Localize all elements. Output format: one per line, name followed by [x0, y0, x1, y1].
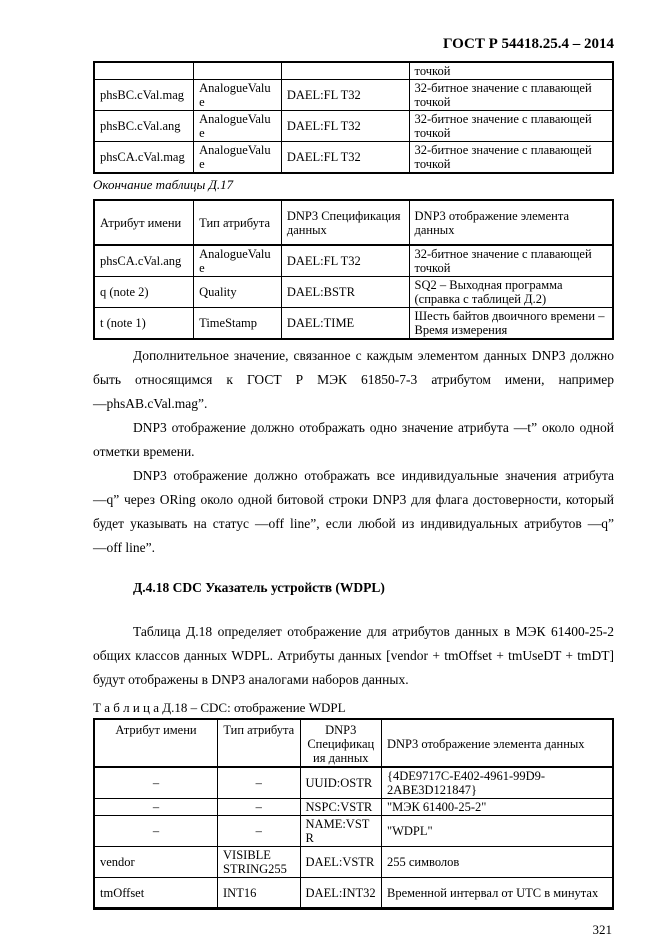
table-cell: NAME:VSTR — [300, 816, 381, 847]
table-row: q (note 2)QualityDAEL:BSTRSQ2 – Выходная… — [94, 277, 613, 308]
paragraph-table-d18-intro: Таблица Д.18 определяет отображение для … — [93, 620, 614, 692]
table-header-row: Атрибут имениТип атрибутаDNP3 Спецификац… — [94, 719, 613, 767]
page-content: ГОСТ Р 54418.25.4 – 2014 точкойphsBC.cVa… — [93, 0, 614, 935]
table-cell — [194, 62, 282, 80]
column-header: DNP3 отображение элемента данных — [409, 200, 613, 245]
table-cell: DAEL:BSTR — [281, 277, 409, 308]
table-cell: DAEL:VSTR — [300, 847, 381, 878]
document-title-header: ГОСТ Р 54418.25.4 – 2014 — [93, 36, 614, 53]
table-cell: – — [94, 767, 218, 799]
section-heading-d418: Д.4.18 CDC Указатель устройств (WDPL) — [133, 579, 614, 596]
table-cell: точкой — [409, 62, 613, 80]
table-cell: NSPC:VSTR — [300, 799, 381, 816]
document-page: ГОСТ Р 54418.25.4 – 2014 точкойphsBC.cVa… — [0, 0, 661, 935]
table-cell — [94, 62, 194, 80]
table-cell: INT16 — [218, 878, 301, 909]
table-cell — [281, 62, 409, 80]
table-cell: phsBC.cVal.mag — [94, 80, 194, 111]
column-header: DNP3 Спецификация данных — [300, 719, 381, 767]
table-cell: AnalogueValue — [194, 142, 282, 174]
table-cell: 32-битное значение с плавающей точкой — [409, 245, 613, 277]
table-cell: "МЭК 61400-25-2" — [382, 799, 614, 816]
table-cell: DAEL:INT32 — [300, 878, 381, 909]
table-cell: phsBC.cVal.ang — [94, 111, 194, 142]
table-cell: SQ2 – Выходная программа (справка с табл… — [409, 277, 613, 308]
table-d17-end: Атрибут имениТип атрибутаDNP3 Спецификац… — [93, 199, 614, 340]
table-cell: TimeStamp — [194, 308, 282, 340]
table-cell: – — [94, 816, 218, 847]
table-cell: Временной интервал от UTC в минутах — [382, 878, 614, 909]
table-row: phsBC.cVal.angAnalogueValueDAEL:FL T3232… — [94, 111, 613, 142]
table-cell: "WDPL" — [382, 816, 614, 847]
table-cell: Quality — [194, 277, 282, 308]
table-cell: t (note 1) — [94, 308, 194, 340]
column-header: Атрибут имени — [94, 719, 218, 767]
table-cell: – — [218, 816, 301, 847]
table-row: phsCA.cVal.magAnalogueValueDAEL:FL T3232… — [94, 142, 613, 174]
table-cell: {4DE9717C-E402-4961-99D9-2ABE3D121847} — [382, 767, 614, 799]
table-cell: vendor — [94, 847, 218, 878]
column-header: DNP3 Спецификация данных — [281, 200, 409, 245]
table-cell: phsCA.cVal.ang — [94, 245, 194, 277]
table-cell: DAEL:FL T32 — [281, 142, 409, 174]
table-d18: Атрибут имениТип атрибутаDNP3 Спецификац… — [93, 718, 614, 910]
table-row: ––NSPC:VSTR"МЭК 61400-25-2" — [94, 799, 613, 816]
table-row: ––NAME:VSTR"WDPL" — [94, 816, 613, 847]
table-row: ––UUID:OSTR{4DE9717C-E402-4961-99D9-2ABE… — [94, 767, 613, 799]
paragraph-q-oring: DNP3 отображение должно отображать все и… — [93, 464, 614, 560]
table-cell: 255 символов — [382, 847, 614, 878]
table-row: t (note 1)TimeStampDAEL:TIMEШесть байтов… — [94, 308, 613, 340]
table-cell: phsCA.cVal.mag — [94, 142, 194, 174]
column-header: Тип атрибута — [218, 719, 301, 767]
table-cell: – — [218, 767, 301, 799]
table-cell: DAEL:FL T32 — [281, 245, 409, 277]
table-cell: Шесть байтов двоичного времени – Время и… — [409, 308, 613, 340]
table-d18-caption: Т а б л и ц а Д.18 – CDC: отображение WD… — [93, 700, 614, 716]
table-cell: 32-битное значение с плавающей точкой — [409, 111, 613, 142]
table-row: vendorVISIBLE STRING255DAEL:VSTR255 симв… — [94, 847, 613, 878]
column-header: Тип атрибута — [194, 200, 282, 245]
column-header: Атрибут имени — [94, 200, 194, 245]
table-cell: AnalogueValue — [194, 111, 282, 142]
table-d17-continuation: точкойphsBC.cVal.magAnalogueValueDAEL:FL… — [93, 61, 614, 174]
paragraph-single-t-value: DNP3 отображение должно отображать одно … — [93, 416, 614, 464]
table-cell: tmOffset — [94, 878, 218, 909]
page-number: 321 — [93, 922, 614, 935]
column-header: DNP3 отображение элемента данных — [382, 719, 614, 767]
table-cell: – — [94, 799, 218, 816]
table-d17-end-caption: Окончание таблицы Д.17 — [93, 177, 614, 193]
paragraph-additional-value: Дополнительное значение, связанное с каж… — [93, 344, 614, 416]
table-cell: DAEL:FL T32 — [281, 80, 409, 111]
table-row: точкой — [94, 62, 613, 80]
table-cell: UUID:OSTR — [300, 767, 381, 799]
table-cell: DAEL:TIME — [281, 308, 409, 340]
table-cell: DAEL:FL T32 — [281, 111, 409, 142]
table-row: phsBC.cVal.magAnalogueValueDAEL:FL T3232… — [94, 80, 613, 111]
table-cell: 32-битное значение с плавающей точкой — [409, 142, 613, 174]
table-header-row: Атрибут имениТип атрибутаDNP3 Спецификац… — [94, 200, 613, 245]
table-cell: q (note 2) — [94, 277, 194, 308]
table-cell: VISIBLE STRING255 — [218, 847, 301, 878]
table-cell: – — [218, 799, 301, 816]
table-row: phsCA.cVal.angAnalogueValueDAEL:FL T3232… — [94, 245, 613, 277]
table-cell: AnalogueValue — [194, 245, 282, 277]
table-cell: AnalogueValue — [194, 80, 282, 111]
table-cell: 32-битное значение с плавающей точкой — [409, 80, 613, 111]
table-row: tmOffsetINT16DAEL:INT32Временной интерва… — [94, 878, 613, 909]
